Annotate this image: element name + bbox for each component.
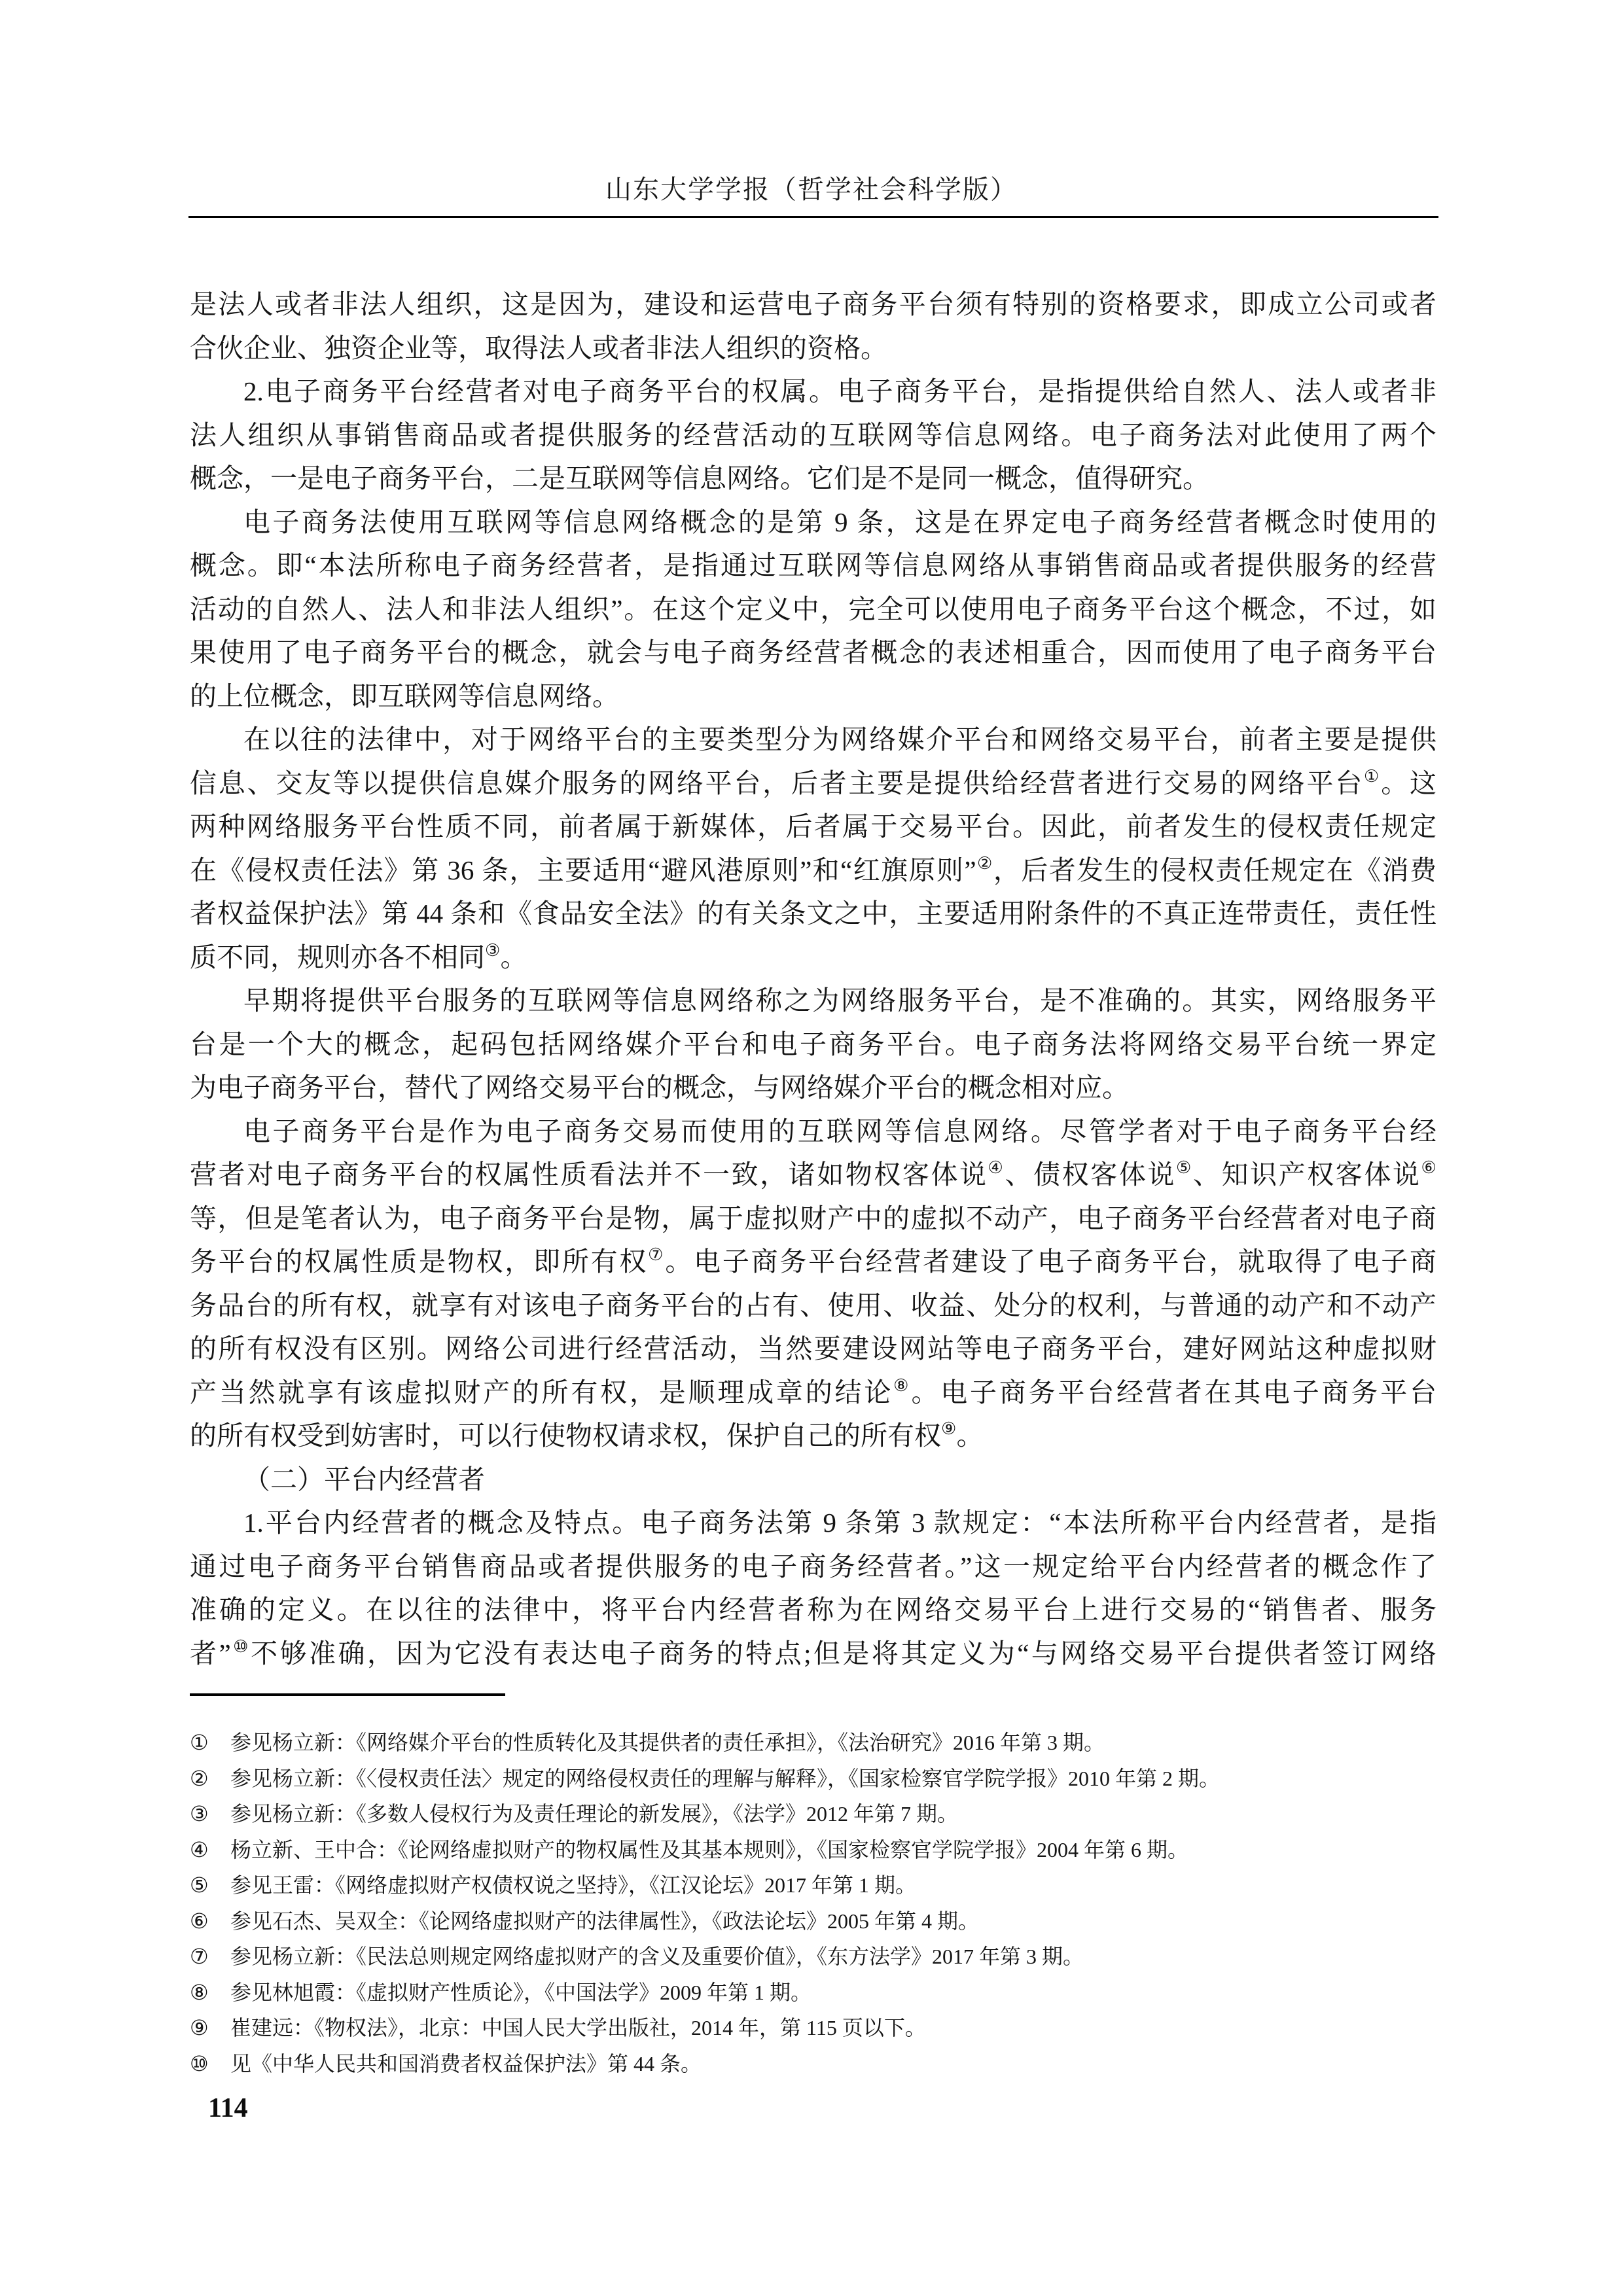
footnote-text: 参见王雷：《网络虚拟财产权债权说之坚持》，《江汉论坛》2017 年第 1 期。: [230, 1867, 1436, 1903]
footnote-text: 参见杨立新：《网络媒介平台的性质转化及其提供者的责任承担》，《法治研究》2016…: [230, 1725, 1436, 1761]
article-body: 是法人或者非法人组织，这是因为，建设和运营电子商务平台须有特别的资格要求，即成立…: [190, 283, 1436, 1675]
body-line: 务品台的所有权，就享有对该电子商务平台的占有、使用、收益、处分的权利，与普通的动…: [190, 1284, 1436, 1328]
footnote-ref: ⑨: [941, 1419, 957, 1438]
footnote-text: 参见杨立新：《〈侵权责任法〉规定的网络侵权责任的理解与解释》，《国家检察官学院学…: [230, 1761, 1436, 1797]
footnote-ref: ⑦: [648, 1245, 665, 1264]
footnote-text: 参见杨立新：《多数人侵权行为及责任理论的新发展》，《法学》2012 年第 7 期…: [230, 1796, 1436, 1832]
body-line: 两种网络服务平台性质不同，前者属于新媒体，后者属于交易平台。因此，前者发生的侵权…: [190, 805, 1436, 849]
footnote-text: 参见林旭霞：《虚拟财产性质论》，《中国法学》2009 年第 1 期。: [230, 1975, 1436, 2011]
footnote-ref: ②: [976, 854, 993, 873]
body-line: 等，但是笔者认为，电子商务平台是物，属于虚拟财产中的虚拟不动产，电子商务平台经营…: [190, 1197, 1436, 1241]
footnote-marker: ⑥: [190, 1903, 230, 1939]
body-line: 通过电子商务平台销售商品或者提供服务的电子商务经营者。”这一规定给平台内经营者的…: [190, 1545, 1436, 1589]
footnote-ref: ⑧: [893, 1376, 911, 1395]
body-line: 活动的自然人、法人和非法人组织”。在这个定义中，完全可以使用电子商务平台这个概念…: [190, 588, 1436, 631]
body-line: 法人组织从事销售商品或者提供服务的经营活动的互联网等信息网络。电子商务法对此使用…: [190, 414, 1436, 457]
footnote-text: 崔建远：《物权法》，北京：中国人民大学出版社，2014 年，第 115 页以下。: [230, 2010, 1436, 2046]
footnote-text: 见《中华人民共和国消费者权益保护法》第 44 条。: [230, 2046, 1436, 2082]
footnote: ⑧参见林旭霞：《虚拟财产性质论》，《中国法学》2009 年第 1 期。: [190, 1975, 1436, 2011]
footnote-marker: ⑦: [190, 1939, 230, 1975]
body-line: （二）平台内经营者: [190, 1458, 1436, 1502]
footnote: ③参见杨立新：《多数人侵权行为及责任理论的新发展》，《法学》2012 年第 7 …: [190, 1796, 1436, 1832]
footnote-marker: ⑨: [190, 2010, 230, 2046]
body-line: 2.电子商务平台经营者对电子商务平台的权属。电子商务平台，是指提供给自然人、法人…: [190, 370, 1436, 414]
body-line: 产当然就享有该虚拟财产的所有权，是顺理成章的结论⑧。电子商务平台经营者在其电子商…: [190, 1371, 1436, 1415]
footnote: ⑥参见石杰、吴双全：《论网络虚拟财产的法律属性》，《政法论坛》2005 年第 4…: [190, 1903, 1436, 1939]
footnote-text: 参见石杰、吴双全：《论网络虚拟财产的法律属性》，《政法论坛》2005 年第 4 …: [230, 1903, 1436, 1939]
body-line: 者权益保护法》第 44 条和《食品安全法》的有关条文之中，主要适用附条件的不真正…: [190, 892, 1436, 936]
body-line: 质不同，规则亦各不相同③。: [190, 936, 1436, 980]
footnotes: ①参见杨立新：《网络媒介平台的性质转化及其提供者的责任承担》，《法治研究》201…: [190, 1725, 1436, 2081]
body-line: 的所有权受到妨害时，可以行使物权请求权，保护自己的所有权⑨。: [190, 1414, 1436, 1458]
body-line: 概念，一是电子商务平台，二是互联网等信息网络。它们是不是同一概念，值得研究。: [190, 457, 1436, 501]
body-line: 在《侵权责任法》第 36 条，主要适用“避风港原则”和“红旗原则”②，后者发生的…: [190, 849, 1436, 892]
running-head-journal-title: 山东大学学报（哲学社会科学版）: [0, 169, 1623, 206]
body-line: 准确的定义。在以往的法律中，将平台内经营者称为在网络交易平台上进行交易的“销售者…: [190, 1588, 1436, 1632]
footnote-marker: ④: [190, 1832, 230, 1868]
body-line: 电子商务法使用互联网等信息网络概念的是第 9 条，这是在界定电子商务经营者概念时…: [190, 501, 1436, 544]
body-line: 营者对电子商务平台的权属性质看法并不一致，诸如物权客体说④、债权客体说⑤、知识产…: [190, 1153, 1436, 1197]
footnote-marker: ⑧: [190, 1975, 230, 2011]
footnote-marker: ①: [190, 1725, 230, 1761]
header-rule: [188, 216, 1438, 218]
body-line: 是法人或者非法人组织，这是因为，建设和运营电子商务平台须有特别的资格要求，即成立…: [190, 283, 1436, 327]
body-line: 的所有权没有区别。网络公司进行经营活动，当然要建设网站等电子商务平台，建好网站这…: [190, 1327, 1436, 1371]
footnote-ref: ⑩: [231, 1637, 251, 1656]
body-line: 合伙企业、独资企业等，取得法人或者非法人组织的资格。: [190, 327, 1436, 370]
body-line: 者”⑩不够准确，因为它没有表达电子商务的特点;但是将其定义为“与网络交易平台提供…: [190, 1632, 1436, 1676]
body-line: 早期将提供平台服务的互联网等信息网络称之为网络服务平台，是不准确的。其实，网络服…: [190, 979, 1436, 1023]
body-line: 的上位概念，即互联网等信息网络。: [190, 675, 1436, 718]
body-line: 果使用了电子商务平台的概念，就会与电子商务经营者概念的表述相重合，因而使用了电子…: [190, 631, 1436, 675]
body-line: 为电子商务平台，替代了网络交易平台的概念，与网络媒介平台的概念相对应。: [190, 1066, 1436, 1110]
footnote: ⑦参见杨立新：《民法总则规定网络虚拟财产的含义及重要价值》，《东方法学》2017…: [190, 1939, 1436, 1975]
footnote-ref: ①: [1364, 767, 1381, 786]
body-line: 在以往的法律中，对于网络平台的主要类型分为网络媒介平台和网络交易平台，前者主要是…: [190, 718, 1436, 762]
page-number: 114: [208, 2093, 248, 2124]
footnote-marker: ③: [190, 1796, 230, 1832]
footnote-ref: ⑥: [1421, 1158, 1436, 1177]
footnote: ⑤参见王雷：《网络虚拟财产权债权说之坚持》，《江汉论坛》2017 年第 1 期。: [190, 1867, 1436, 1903]
footnote-text: 杨立新、王中合：《论网络虚拟财产的物权属性及其基本规则》，《国家检察官学院学报》…: [230, 1832, 1436, 1868]
footnote-ref: ③: [485, 941, 501, 960]
footnote-marker: ⑤: [190, 1867, 230, 1903]
footnote: ①参见杨立新：《网络媒介平台的性质转化及其提供者的责任承担》，《法治研究》201…: [190, 1725, 1436, 1761]
footnote: ②参见杨立新：《〈侵权责任法〉规定的网络侵权责任的理解与解释》，《国家检察官学院…: [190, 1761, 1436, 1797]
body-line: 概念。即“本法所称电子商务经营者，是指通过互联网等信息网络从事销售商品或者提供服…: [190, 544, 1436, 588]
footnote-marker: ②: [190, 1761, 230, 1797]
footnote-marker: ⑩: [190, 2046, 230, 2082]
body-line: 信息、交友等以提供信息媒介服务的网络平台，后者主要是提供给经营者进行交易的网络平…: [190, 762, 1436, 805]
body-line: 1.平台内经营者的概念及特点。电子商务法第 9 条第 3 款规定：“本法所称平台…: [190, 1501, 1436, 1545]
footnote-ref: ⑤: [1176, 1158, 1193, 1177]
body-line: 务平台的权属性质是物权，即所有权⑦。电子商务平台经营者建设了电子商务平台，就取得…: [190, 1240, 1436, 1284]
footnote: ⑩见《中华人民共和国消费者权益保护法》第 44 条。: [190, 2046, 1436, 2082]
footnote-text: 参见杨立新：《民法总则规定网络虚拟财产的含义及重要价值》，《东方法学》2017 …: [230, 1939, 1436, 1975]
body-line: 电子商务平台是作为电子商务交易而使用的互联网等信息网络。尽管学者对于电子商务平台…: [190, 1110, 1436, 1154]
footnote: ⑨崔建远：《物权法》，北京：中国人民大学出版社，2014 年，第 115 页以下…: [190, 2010, 1436, 2046]
footnote-ref: ④: [988, 1158, 1005, 1177]
scanned-journal-page: 山东大学学报（哲学社会科学版） 是法人或者非法人组织，这是因为，建设和运营电子商…: [0, 0, 1623, 2296]
footnote: ④杨立新、王中合：《论网络虚拟财产的物权属性及其基本规则》，《国家检察官学院学报…: [190, 1832, 1436, 1868]
footnote-separator: [190, 1693, 505, 1696]
body-line: 台是一个大的概念，起码包括网络媒介平台和电子商务平台。电子商务法将网络交易平台统…: [190, 1023, 1436, 1067]
